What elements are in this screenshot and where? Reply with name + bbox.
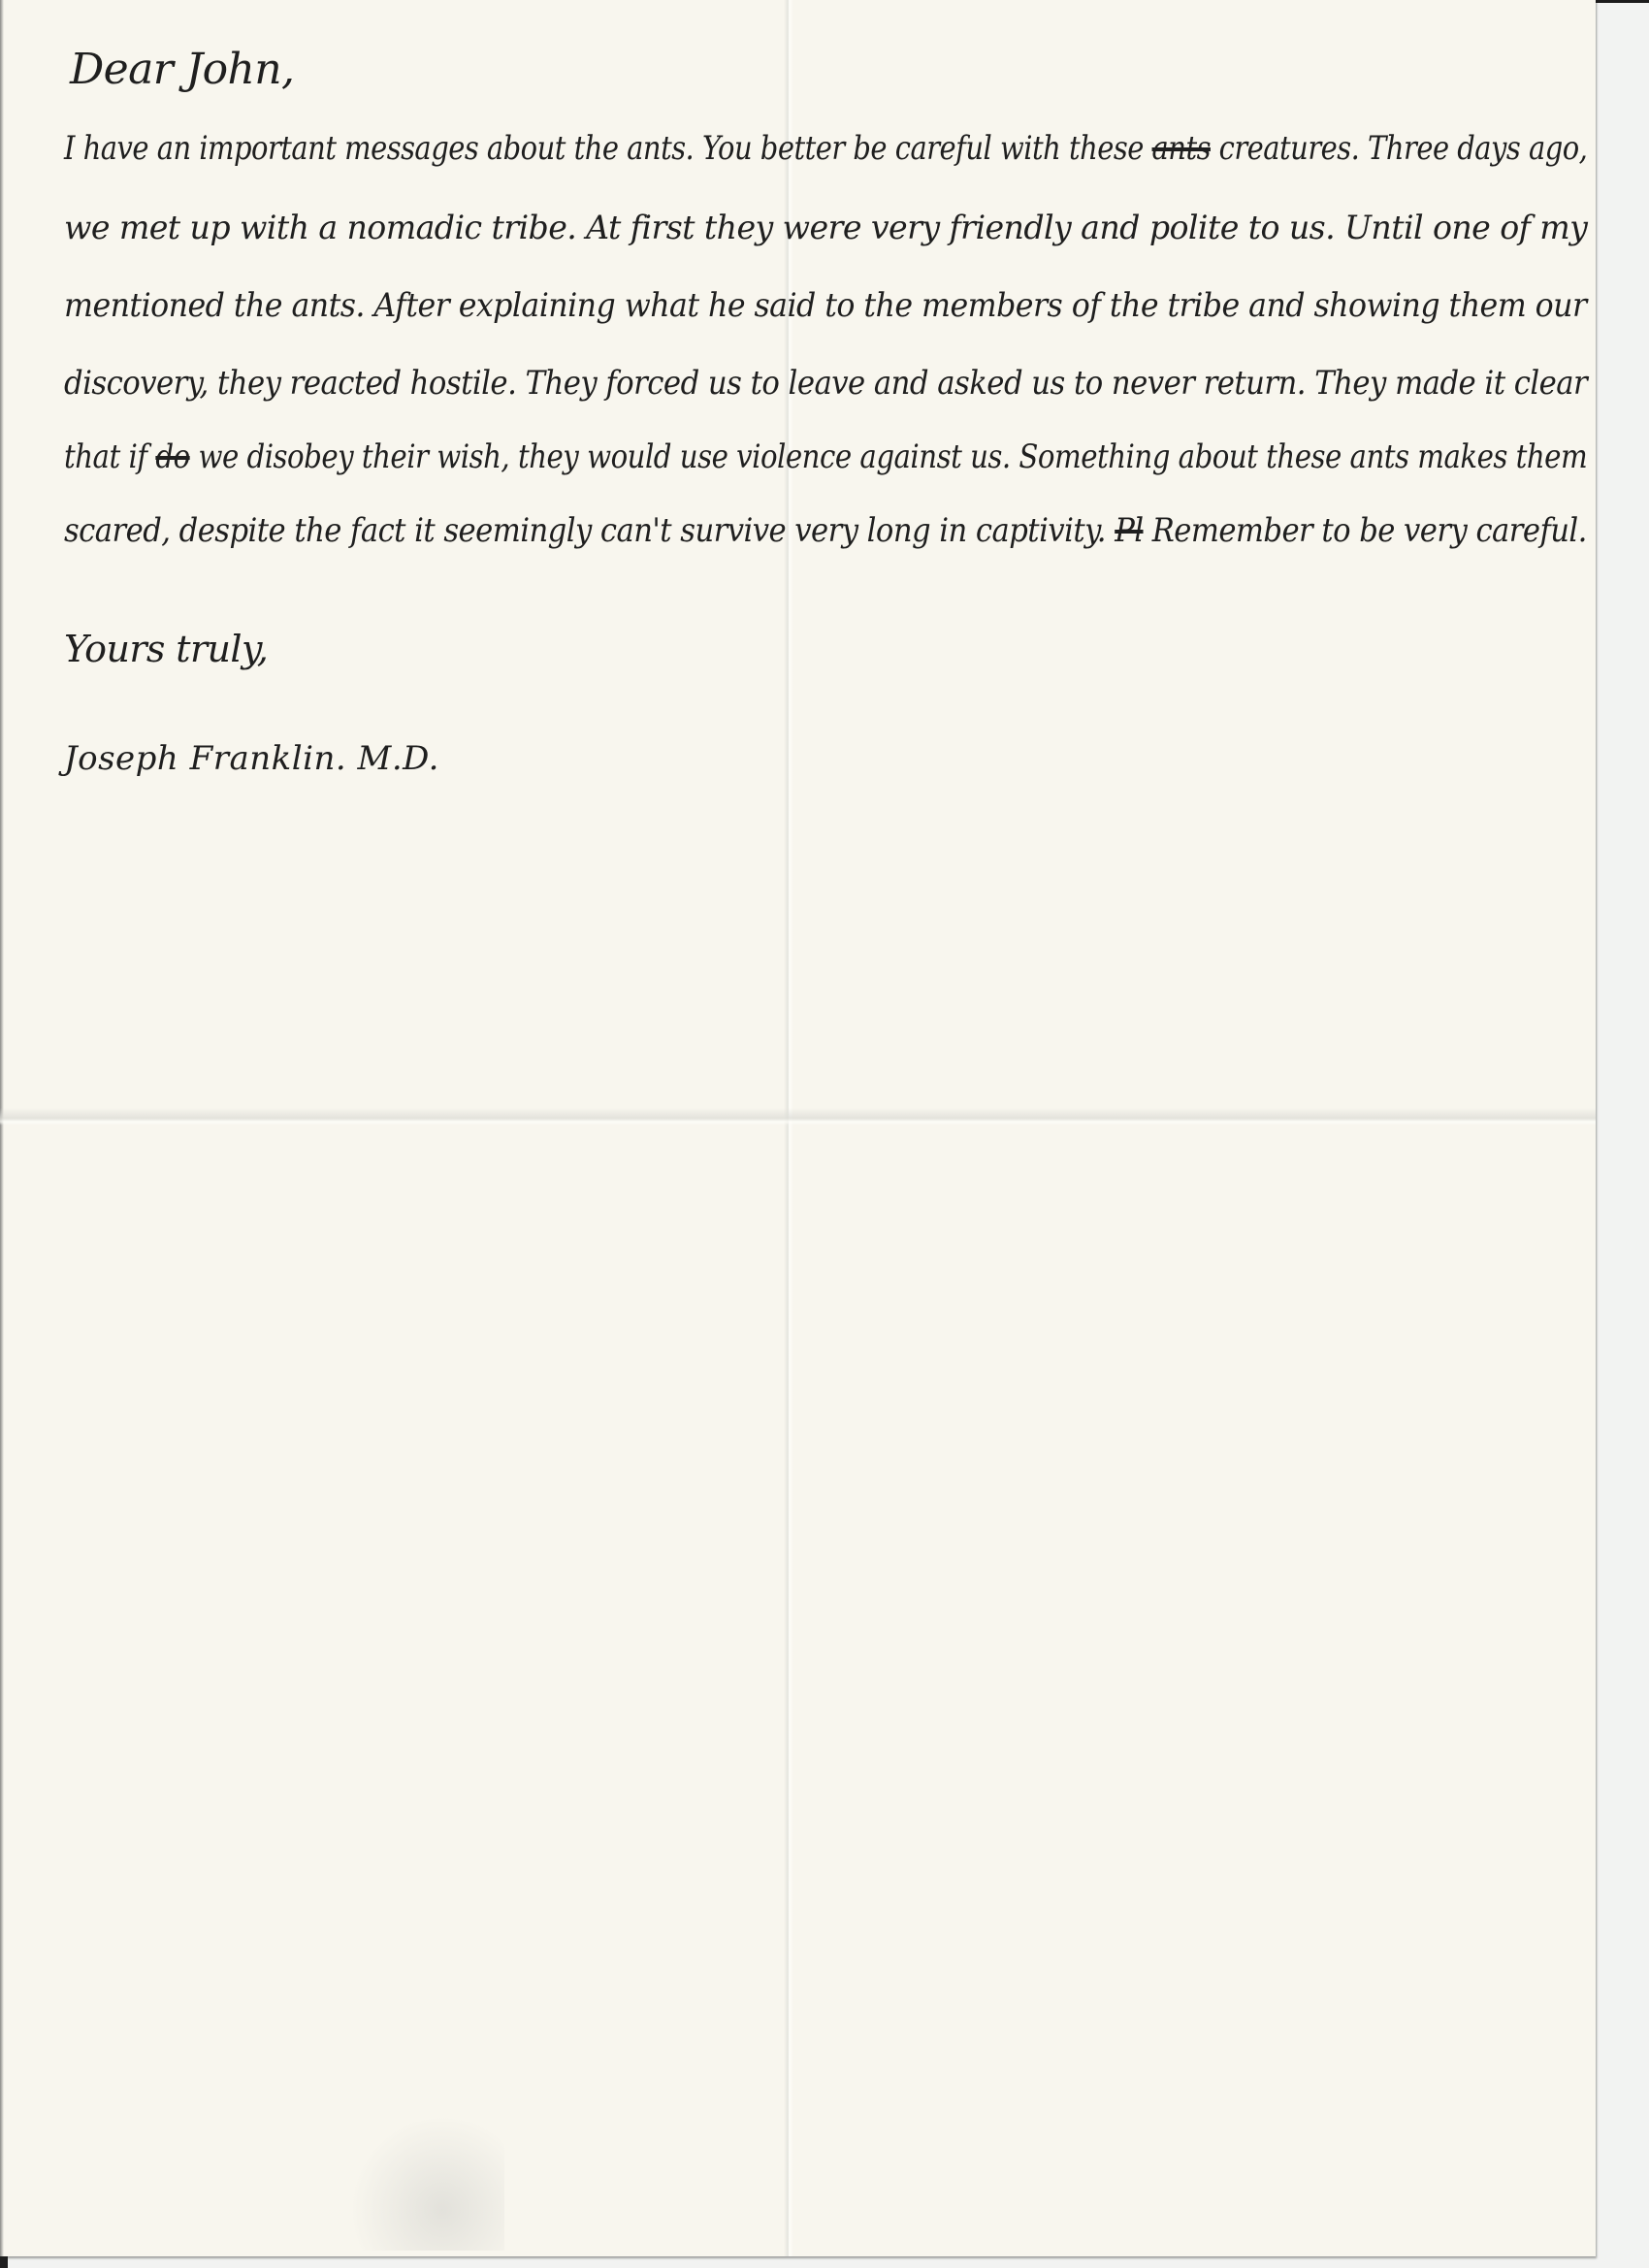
text-segment: we disobey their wish, they would use vi…: [190, 437, 1587, 476]
horizontal-fold-line: [0, 1108, 1596, 1125]
text-segment: creatures. Three days ago,: [1211, 129, 1587, 168]
text-segment: scared, despite the fact it seemingly ca…: [64, 511, 1115, 550]
crossed-out-word: ants: [1152, 129, 1211, 168]
crossed-out-word: do: [155, 437, 189, 476]
salutation: Dear John,: [70, 49, 294, 91]
text-segment: Remember to be very careful.: [1144, 511, 1587, 550]
vertical-fold-line: [784, 0, 793, 2256]
signature: Joseph Franklin. M.D.: [64, 742, 439, 775]
paper-crease: [349, 2115, 504, 2251]
closing: Yours truly,: [64, 631, 268, 667]
scanner-edge-strip: [1596, 0, 1649, 3]
body-line: that if do we disobey their wish, they w…: [64, 440, 1587, 473]
body-line: we met up with a nomadic tribe. At first…: [64, 211, 1587, 244]
scanner-corner-mark: [0, 2256, 8, 2268]
body-line: scared, despite the fact it seemingly ca…: [64, 514, 1587, 547]
text-segment: discovery, they reacted hostile. They fo…: [64, 364, 1587, 403]
crossed-out-word: Pl: [1115, 511, 1143, 550]
body-line: discovery, they reacted hostile. They fo…: [64, 367, 1587, 400]
text-segment: I have an important messages about the a…: [64, 129, 1152, 168]
text-segment: that if: [64, 437, 155, 476]
letter-paper: Dear John, I have an important messages …: [0, 0, 1596, 2256]
body-line: mentioned the ants. After explaining wha…: [64, 289, 1587, 322]
text-segment: we met up with a nomadic tribe. At first…: [64, 209, 1587, 247]
text-segment: mentioned the ants. After explaining wha…: [64, 286, 1587, 325]
body-line: I have an important messages about the a…: [64, 132, 1587, 165]
